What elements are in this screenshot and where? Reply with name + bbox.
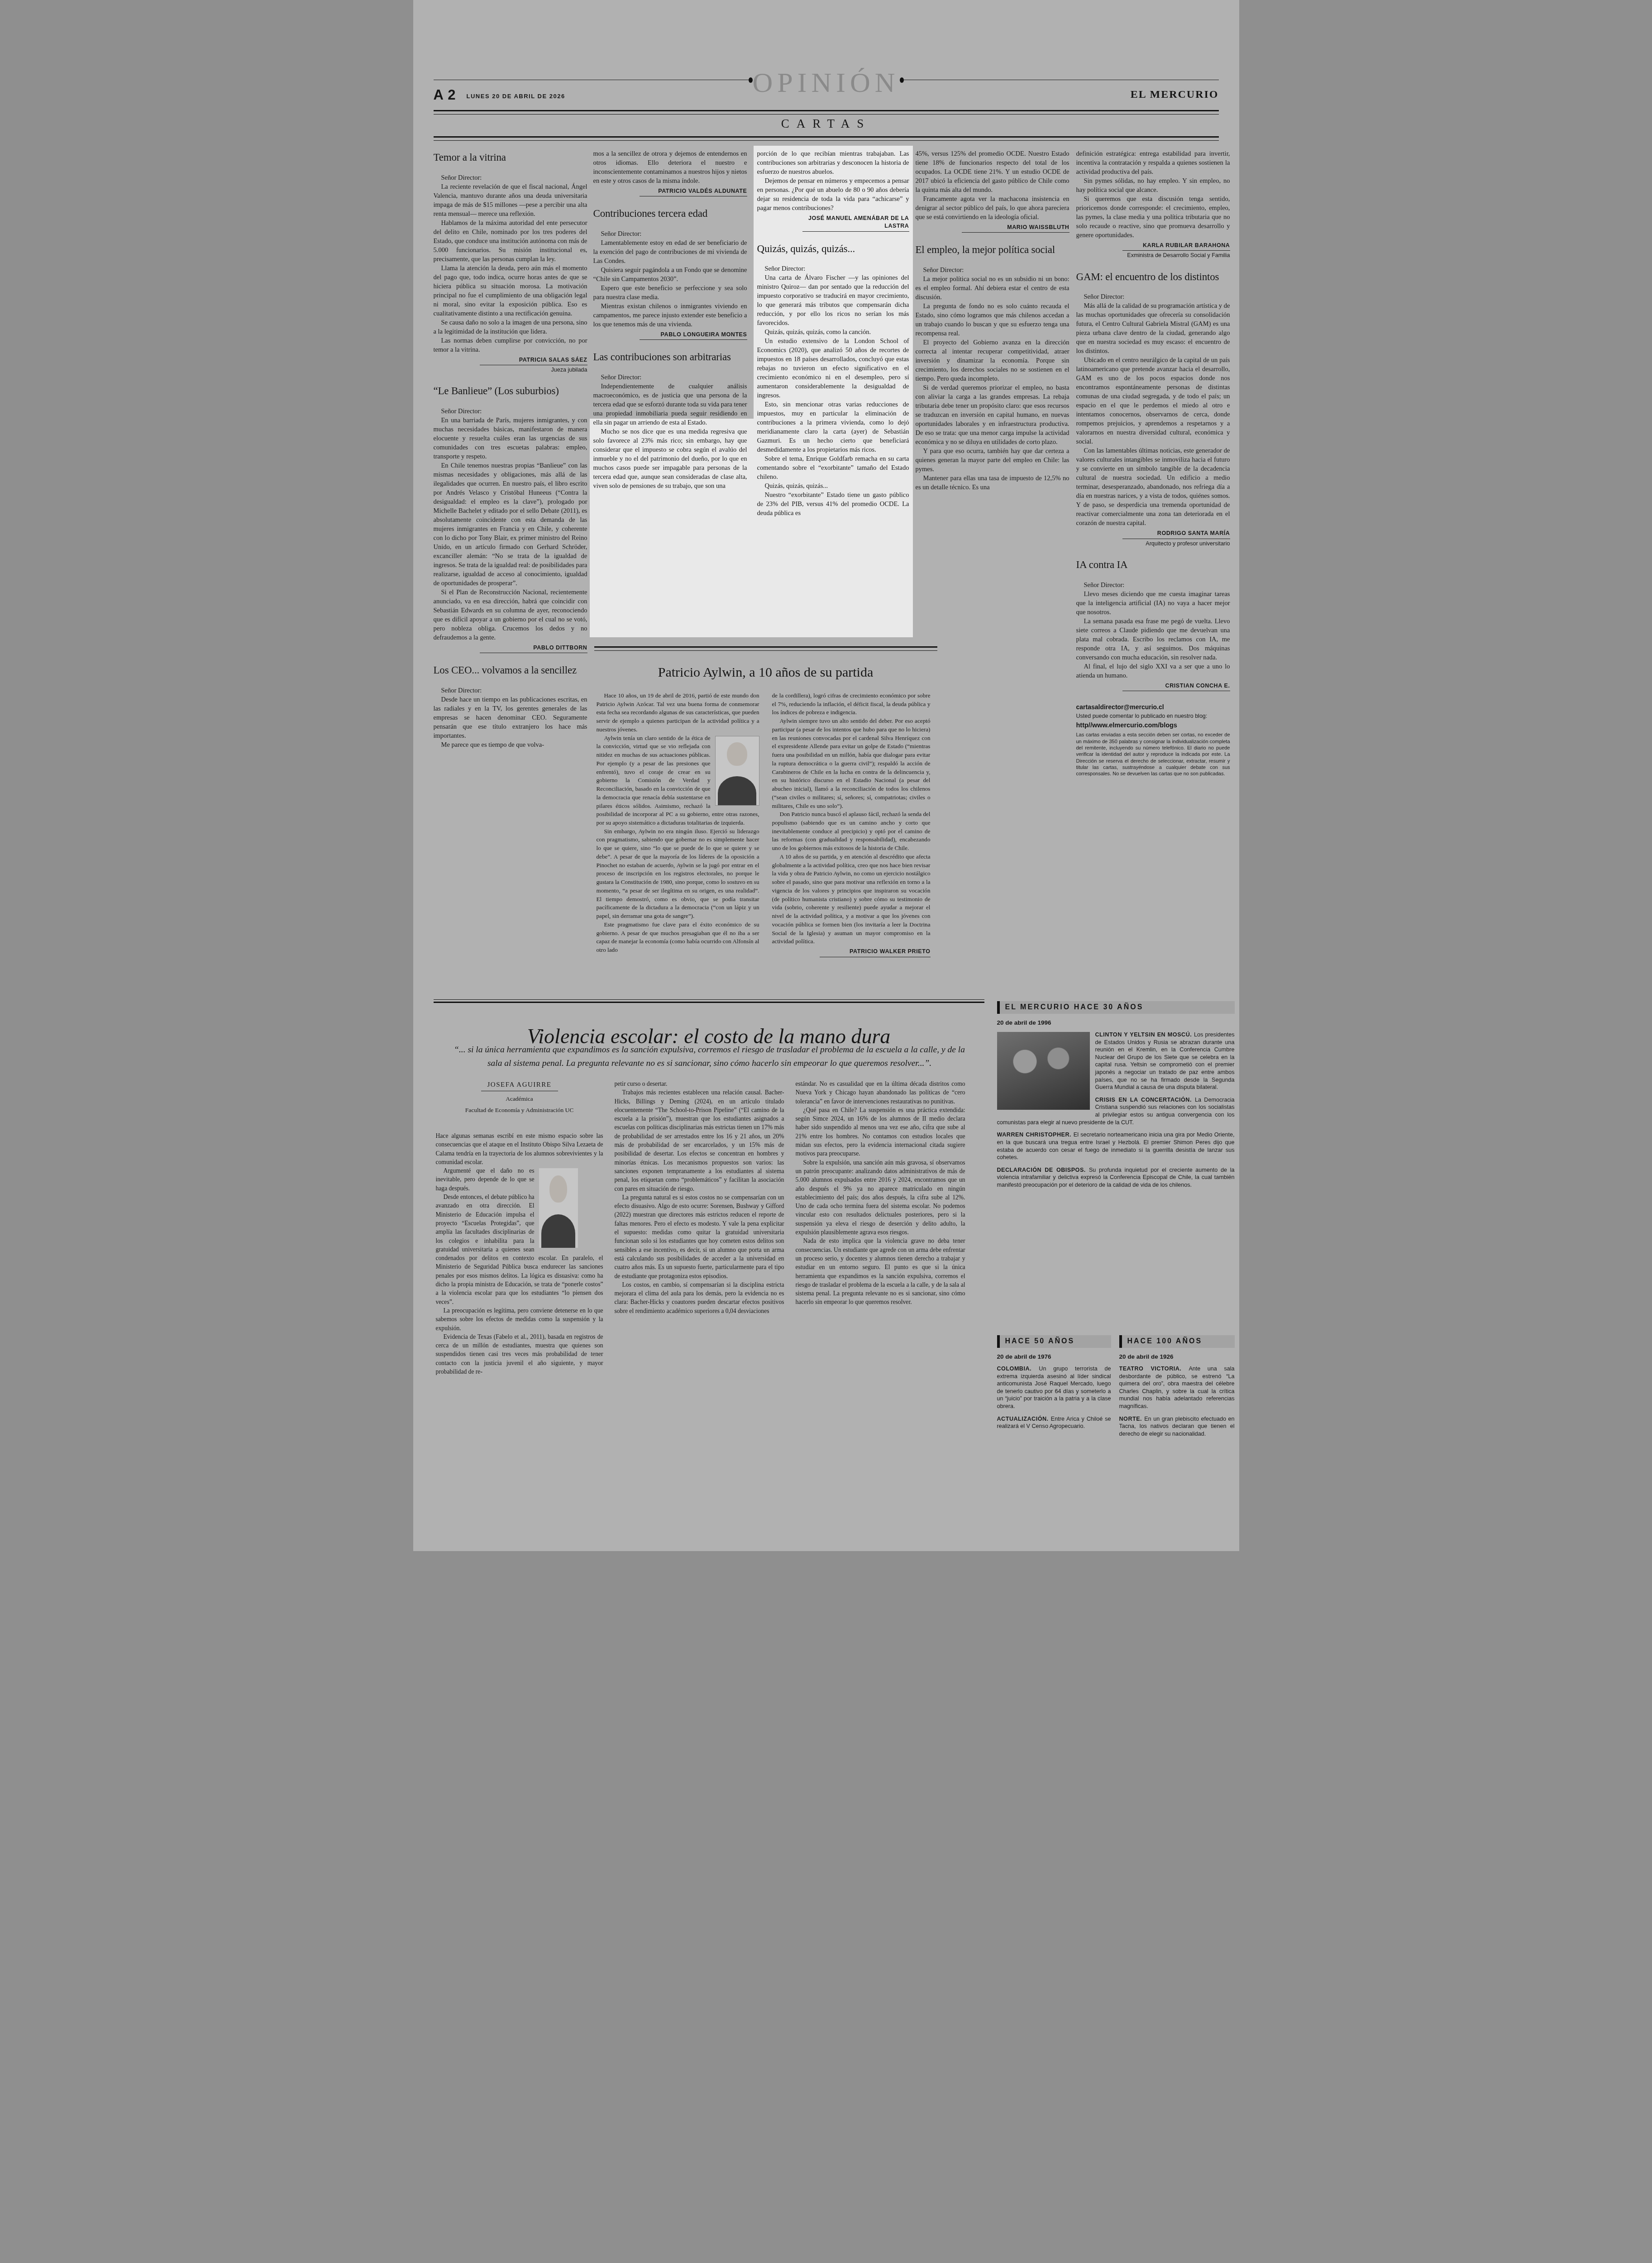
- letter-paragraph-continued: Hace algunas semanas escribí en este mis…: [436, 1131, 603, 1166]
- letter-paragraph: Se causa daño no solo a la imagen de una…: [434, 318, 587, 336]
- letter-paragraph: A 10 años de su partida, y en atención a…: [772, 853, 931, 946]
- signature: PABLO LONGUEIRA MONTES: [640, 331, 747, 340]
- signature: PATRICIA SALAS SÁEZ: [480, 356, 587, 365]
- sidebar-item: WARREN CHRISTOPHER. El secretario nortea…: [997, 1131, 1235, 1161]
- letter-paragraph: Una carta de Álvaro Fischer —y las opini…: [757, 273, 909, 328]
- photo-aylwin: [715, 736, 759, 806]
- signature: PABLO DITTBORN: [480, 644, 587, 653]
- letter-paragraph: Aylwin siempre tuvo un alto sentido del …: [772, 717, 931, 810]
- letter-paragraph: Esto, sin mencionar otras varias reducci…: [757, 400, 909, 454]
- letter-paragraph: Señor Director:: [593, 229, 747, 239]
- letter-paragraph: En Chile tenemos nuestras propias “Banli…: [434, 461, 587, 588]
- letter-paragraph: La reciente revelación de que el fiscal …: [434, 182, 587, 219]
- section-masthead: OPINIÓN: [413, 67, 1239, 99]
- feature-column-a: Hace 10 años, un 19 de abril de 2016, pa…: [597, 692, 759, 999]
- letter-paragraph: Un estudio extensivo de la London School…: [757, 337, 909, 400]
- letter-paragraph: Señor Director:: [434, 173, 587, 182]
- letter-paragraph: Y para que eso ocurra, también hay que d…: [916, 447, 1070, 474]
- letter-paragraph: Sin pymes sólidas, no hay empleo. Y sin …: [1076, 177, 1230, 195]
- newspaper-page: A 2 LUNES 20 DE ABRIL DE 2026 OPINIÓN EL…: [413, 0, 1239, 1551]
- signature: MARIO WAISSBLUTH: [962, 224, 1070, 233]
- newspaper-brand: EL MERCURIO: [1131, 89, 1219, 101]
- letter-paragraph: Hace 10 años, un 19 de abril de 2016, pa…: [597, 692, 759, 734]
- feature-column-b: de la cordillera), logró cifras de creci…: [772, 692, 931, 999]
- letter-paragraph: Quizás, quizás, quizás, como la canción.: [757, 328, 909, 337]
- letter-paragraph: En una barriada de París, mujeres inmigr…: [434, 416, 587, 461]
- sidebar-item: COLOMBIA. Un grupo terrorista de extrema…: [997, 1365, 1111, 1410]
- letter-paragraph: Desde entonces, el debate público ha ava…: [436, 1193, 603, 1306]
- letter-paragraph-continued: petir curso o desertar.: [615, 1079, 784, 1088]
- sidebar-50-date: 20 de abril de 1976: [997, 1353, 1051, 1360]
- letter-paragraph: Mucho se nos dice que es una medida regr…: [593, 427, 747, 491]
- sidebar-item: DECLARACIÓN DE OBISPOS. Su profunda inqu…: [997, 1166, 1235, 1189]
- letter-paragraph: Nada de esto implica que la violencia gr…: [796, 1237, 965, 1306]
- letter-heading: Quizás, quizás, quizás...: [757, 243, 909, 255]
- letter-paragraph: Más allá de la calidad de su programació…: [1076, 301, 1230, 356]
- letter-paragraph: Argumenté que el daño no es inevitable, …: [436, 1166, 603, 1193]
- oped-rule: [434, 999, 984, 1003]
- signature: PATRICIO WALKER PRIETO: [820, 948, 931, 957]
- sidebar-100-body: TEATRO VICTORIA. Ante una sala desbordan…: [1119, 1365, 1235, 1537]
- letter-paragraph-continued: 45%, versus 125% del promedio OCDE. Nues…: [916, 149, 1070, 195]
- cartas-column-1: Temor a la vitrinaSeñor Director:La reci…: [434, 149, 587, 998]
- letter-paragraph: Quizás, quizás, quizás...: [757, 482, 909, 491]
- letter-heading: Los CEO... volvamos a la sencillez: [434, 665, 587, 676]
- cartas-column-5: definición estratégica: entrega estabili…: [1076, 149, 1230, 998]
- letter-paragraph: Trabajos más recientes establecen una re…: [615, 1088, 784, 1193]
- letter-paragraph-continued: de la cordillera), logró cifras de creci…: [772, 692, 931, 717]
- letter-paragraph: Mantener para ellas una tasa de impuesto…: [916, 474, 1070, 492]
- letter-heading: IA contra IA: [1076, 559, 1230, 571]
- sidebar-30-title: EL MERCURIO HACE 30 AÑOS: [997, 1001, 1235, 1014]
- letter-heading: Temor a la vitrina: [434, 152, 587, 163]
- sidebar-50-body: COLOMBIA. Un grupo terrorista de extrema…: [997, 1365, 1111, 1537]
- oped-byline: JOSEFA AGUIRRE Académica Facultad de Eco…: [436, 1081, 603, 1114]
- sidebar-50-title: HACE 50 AÑOS: [997, 1335, 1111, 1348]
- author-role: Académica: [436, 1095, 603, 1103]
- letter-heading: Las contribuciones son arbitrarias: [593, 352, 747, 363]
- letter-paragraph: Sin embargo, Aylwin no era ningún iluso.…: [597, 827, 759, 921]
- blog-note: Usted puede comentar lo publicado en nue…: [1076, 712, 1230, 720]
- letter-paragraph: Señor Director:: [593, 373, 747, 382]
- letter-paragraph: Desde hace un tiempo en las publicacione…: [434, 695, 587, 740]
- sidebar-30-body: CLINTON Y YELTSIN EN MOSCÚ. Los presiden…: [997, 1031, 1235, 1330]
- letter-paragraph: Evidencia de Texas (Fabelo et al., 2011)…: [436, 1332, 603, 1376]
- signature: JOSÉ MANUEL AMENÁBAR DE LA LASTRA: [802, 215, 909, 232]
- signature-role: Arquitecto y profesor universitario: [1076, 540, 1230, 548]
- letter-paragraph: Nuestro “exorbitante” Estado tiene un ga…: [757, 491, 909, 518]
- letter-paragraph: Llevo meses diciendo que me cuesta imagi…: [1076, 590, 1230, 617]
- signature: PATRICIO VALDÉS ALDUNATE: [640, 187, 747, 196]
- letter-paragraph: Francamente agota ver la machacona insis…: [916, 195, 1070, 222]
- letter-paragraph: Sobre la expulsión, una sanción aún más …: [796, 1158, 965, 1237]
- letter-paragraph: Mientras existan chilenos o inmigrantes …: [593, 302, 747, 329]
- letter-paragraph-continued: porción de lo que recibían mientras trab…: [757, 149, 909, 177]
- letter-heading: Contribuciones tercera edad: [593, 208, 747, 220]
- letter-paragraph: La preocupación es legítima, pero convie…: [436, 1306, 603, 1332]
- signature-role: Exministra de Desarrollo Social y Famili…: [1076, 252, 1230, 259]
- oped-column-2: petir curso o desertar.Trabajos más reci…: [615, 1079, 784, 1494]
- signature: CRISTIAN CONCHA E.: [1122, 682, 1230, 691]
- letter-heading: El empleo, la mejor política social: [916, 244, 1070, 256]
- sidebar-item: TEATRO VICTORIA. Ante una sala desbordan…: [1119, 1365, 1235, 1410]
- letter-heading: GAM: el encuentro de los distintos: [1076, 272, 1230, 283]
- letter-paragraph: La pregunta natural es si estos costos n…: [615, 1193, 784, 1280]
- signature-role: Jueza jubilada: [434, 366, 587, 374]
- letter-paragraph: Señor Director:: [757, 264, 909, 273]
- signature: RODRIGO SANTA MARÍA: [1122, 530, 1230, 539]
- header-rule-bottom: [434, 136, 1219, 141]
- letter-heading: “Le Banlieue” (Los suburbios): [434, 386, 587, 397]
- letter-paragraph: Me parece que es tiempo de que volva-: [434, 740, 587, 750]
- signature: KARLA RUBILAR BARAHONA: [1122, 242, 1230, 251]
- sidebar-100-title: HACE 100 AÑOS: [1119, 1335, 1235, 1348]
- sidebar-item: NORTE. En un gran plebiscito efectuado e…: [1119, 1415, 1235, 1438]
- subsection-title: CARTAS: [413, 117, 1239, 131]
- header-rule-top: [434, 110, 1219, 115]
- letter-paragraph: Hablamos de la máxima autoridad del ente…: [434, 219, 587, 264]
- oped-column-1: Hace algunas semanas escribí en este mis…: [436, 1131, 603, 1494]
- letter-paragraph: La semana pasada esa frase me pegó de vu…: [1076, 617, 1230, 662]
- letter-paragraph: El proyecto del Gobierno avanza en la di…: [916, 338, 1070, 383]
- letter-paragraph: Si queremos que esta discusión tenga sen…: [1076, 195, 1230, 240]
- letter-paragraph: Espero que este beneficio se perfeccione…: [593, 284, 747, 302]
- clinton-yeltsin-photo: [997, 1032, 1090, 1110]
- letter-paragraph: La pregunta de fondo no es solo cuánto r…: [916, 302, 1070, 338]
- letter-paragraph: Los costos, en cambio, sí compensarían s…: [615, 1280, 784, 1315]
- letter-paragraph: Sobre el tema, Enrique Goldfarb remacha …: [757, 454, 909, 482]
- letter-paragraph: ¿Qué pasa en Chile? La suspensión es una…: [796, 1106, 965, 1158]
- photo-josefa: [539, 1168, 578, 1248]
- author-affiliation: Facultad de Economía y Administración UC: [436, 1107, 603, 1114]
- submission-rules: Las cartas enviadas a esta sección deben…: [1076, 732, 1230, 777]
- sidebar-item: ACTUALIZACIÓN. Entre Arica y Chiloé se r…: [997, 1415, 1111, 1430]
- letter-paragraph: Quisiera seguir pagándola a un Fondo que…: [593, 266, 747, 284]
- letter-paragraph: Si el Plan de Reconstrucción Nacional, r…: [434, 588, 587, 642]
- contact-email: cartasaldirector@mercurio.cl: [1076, 703, 1230, 711]
- letter-paragraph: Dejemos de pensar en números y empecemos…: [757, 177, 909, 213]
- letter-paragraph: Señor Director:: [1076, 292, 1230, 301]
- letter-paragraph: Este pragmatismo fue clave para el éxito…: [597, 921, 759, 955]
- letter-paragraph: Señor Director:: [1076, 581, 1230, 590]
- letter-paragraph: Si de verdad queremos priorizar el emple…: [916, 383, 1070, 447]
- oped-column-3: estándar. No es casualidad que en la últ…: [796, 1079, 965, 1494]
- letter-paragraph: Señor Director:: [916, 266, 1070, 275]
- author-name: JOSEFA AGUIRRE: [481, 1081, 558, 1091]
- letter-paragraph: Lamentablemente estoy en edad de ser ben…: [593, 239, 747, 266]
- letter-paragraph: Llama la atención la deuda, pero aún más…: [434, 264, 587, 318]
- letter-paragraph: Señor Director:: [434, 407, 587, 416]
- blog-url: http//www.elmercurio.com/blogs: [1076, 721, 1230, 730]
- oped-pull-quote: “... si la única herramienta que expandi…: [449, 1043, 970, 1070]
- letter-paragraph: Con las lamentables últimas noticias, es…: [1076, 446, 1230, 528]
- sidebar-30-date: 20 de abril de 1996: [997, 1019, 1051, 1026]
- letter-paragraph: Las normas deben cumplirse por convicció…: [434, 336, 587, 354]
- letter-paragraph: Ubicado en el centro neurálgico de la ca…: [1076, 356, 1230, 446]
- cartas-column-4: 45%, versus 125% del promedio OCDE. Nues…: [916, 149, 1070, 998]
- feature-rule: [594, 646, 937, 651]
- letter-paragraph: Señor Director:: [434, 686, 587, 695]
- letter-paragraph-continued: mos a la sencillez de otrora y dejemos d…: [593, 149, 747, 186]
- letter-paragraph: Al final, el lujo del siglo XXI va a ser…: [1076, 662, 1230, 680]
- letter-paragraph: Don Patricio nunca buscó el aplauso fáci…: [772, 810, 931, 853]
- sidebar-100-date: 20 de abril de 1926: [1119, 1353, 1174, 1360]
- letter-paragraph: Independientemente de cualquier análisis…: [593, 382, 747, 427]
- letter-paragraph-continued: definición estratégica: entrega estabili…: [1076, 149, 1230, 177]
- feature-headline: Patricio Aylwin, a 10 años de su partida: [594, 665, 937, 680]
- letter-paragraph-continued: estándar. No es casualidad que en la últ…: [796, 1079, 965, 1106]
- letter-paragraph: La mejor política social no es un subsid…: [916, 275, 1070, 302]
